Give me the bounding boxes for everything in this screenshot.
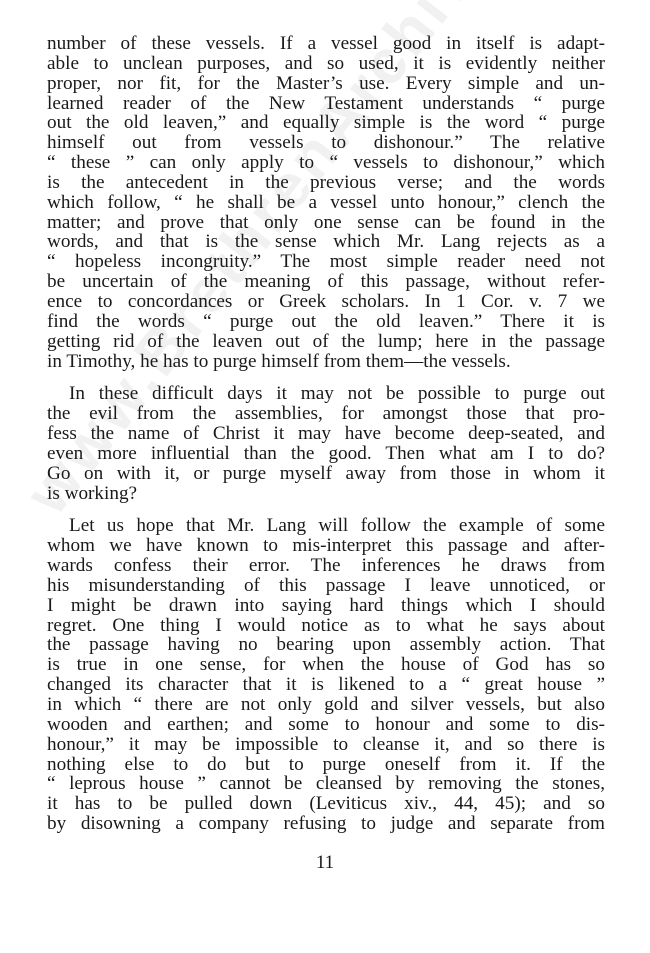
text-line: even more influential than the good. The…	[47, 444, 605, 464]
text-line: getting rid of the leaven out of the lum…	[47, 332, 605, 352]
text-line: proper, nor fit, for the Master’s use. E…	[47, 74, 605, 94]
text-line: is the antecedent in the previous verse;…	[47, 173, 605, 193]
text-line: by disowning a company refusing to judge…	[47, 814, 605, 834]
text-line: Let us hope that Mr. Lang will follow th…	[47, 516, 605, 536]
text-line: is working?	[47, 484, 605, 504]
text-line: his misunderstanding of this passage I l…	[47, 576, 605, 596]
text-line: in which “ there are not only gold and s…	[47, 695, 605, 715]
text-line: be uncertain of the meaning of this pass…	[47, 272, 605, 292]
text-line: ence to concordances or Greek scholars. …	[47, 292, 605, 312]
text-line: whom we have known to mis-interpret this…	[47, 536, 605, 556]
text-line: “ hopeless incongruity.” The most simple…	[47, 252, 605, 272]
text-line: changed its character that it is likened…	[47, 675, 605, 695]
text-line: number of these vessels. If a vessel goo…	[47, 34, 605, 54]
paragraph-3: Let us hope that Mr. Lang will follow th…	[47, 516, 605, 834]
text-line: wooden and earthen; and some to honour a…	[47, 715, 605, 735]
text-line: which follow, “ he shall be a vessel unt…	[47, 193, 605, 213]
text-line: in Timothy, he has to purge himself from…	[47, 352, 605, 372]
text-line: able to unclean purposes, and so used, i…	[47, 54, 605, 74]
paragraph-2: In these difficult days it may not be po…	[47, 384, 605, 503]
text-line: Go on with it, or purge myself away from…	[47, 464, 605, 484]
text-line: the evil from the assemblies, for amongs…	[47, 404, 605, 424]
text-line: matter; and prove that only one sense ca…	[47, 213, 605, 233]
text-line: find the words “ purge out the old leave…	[47, 312, 605, 332]
text-line: In these difficult days it may not be po…	[47, 384, 605, 404]
text-line: regret. One thing I would notice as to w…	[47, 616, 605, 636]
text-line: learned reader of the New Testament unde…	[47, 94, 605, 114]
text-line: honour,” it may be impossible to cleanse…	[47, 735, 605, 755]
page-body: number of these vessels. If a vessel goo…	[47, 34, 605, 834]
text-line: words, and that is the sense which Mr. L…	[47, 232, 605, 252]
text-line: “ leprous house ” cannot be cleansed by …	[47, 774, 605, 794]
page-number: 11	[0, 852, 650, 874]
text-line: wards confess their error. The inference…	[47, 556, 605, 576]
text-line: himself out from vessels to dishonour.” …	[47, 133, 605, 153]
text-line: I might be drawn into saying hard things…	[47, 596, 605, 616]
paragraph-1: number of these vessels. If a vessel goo…	[47, 34, 605, 371]
text-line: fess the name of Christ it may have beco…	[47, 424, 605, 444]
text-line: it has to be pulled down (Leviticus xiv.…	[47, 794, 605, 814]
text-line: “ these ” can only apply to “ vessels to…	[47, 153, 605, 173]
text-line: nothing else to do but to purge oneself …	[47, 755, 605, 775]
text-line: the passage having no bearing upon assem…	[47, 635, 605, 655]
text-line: is true in one sense, for when the house…	[47, 655, 605, 675]
text-line: out the old leaven,” and equally simple …	[47, 113, 605, 133]
